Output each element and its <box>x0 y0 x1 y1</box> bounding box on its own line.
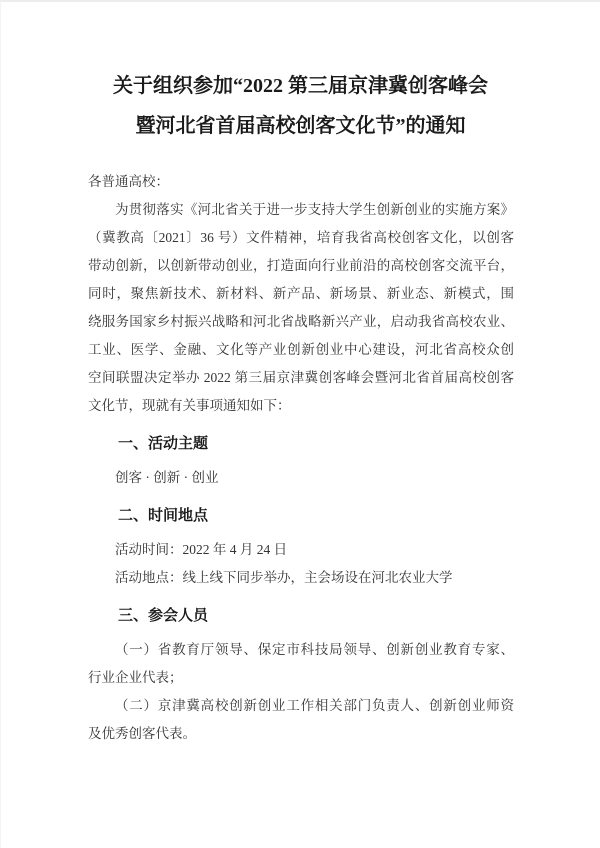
section-heading-participants: 三、参会人员 <box>88 602 514 630</box>
intro-line: （冀教高〔2021〕36 号）文件精神，培育我省高校创客文化，以创客 <box>88 224 514 252</box>
section-heading-time-place: 二、时间地点 <box>88 502 514 530</box>
intro-line: 绕服务国家乡村振兴战略和河北省战略新兴产业，启动我省高校农业、 <box>88 308 514 336</box>
intro-line: 同时，聚焦新技术、新材料、新产品、新场景、新业态、新模式，围 <box>88 280 514 308</box>
intro-line: 空间联盟决定举办 2022 第三届京津冀创客峰会暨河北省首届高校创客 <box>88 364 514 392</box>
section-line: （二）京津冀高校创新创业工作相关部门负责人、创新创业师资 <box>88 692 514 720</box>
title-line-2: 暨河北省首届高校创客文化节”的通知 <box>41 106 560 146</box>
intro-line: 带动创新，以创新带动创业，打造面向行业前沿的高校创客交流平台， <box>88 252 514 280</box>
section-line: 活动时间：2022 年 4 月 24 日 <box>88 536 514 564</box>
intro-line: 文化节，现就有关事项通知如下： <box>88 392 514 420</box>
section-line: 活动地点：线上线下同步举办，主会场设在河北农业大学 <box>88 564 514 592</box>
section-heading-theme: 一、活动主题 <box>88 430 514 458</box>
document-page: 关于组织参加“2022 第三届京津冀创客峰会 暨河北省首届高校创客文化节”的通知… <box>0 0 600 848</box>
intro-line: 为贯彻落实《河北省关于进一步支持大学生创新创业的实施方案》 <box>88 196 514 224</box>
title-line-1: 关于组织参加“2022 第三届京津冀创客峰会 <box>41 66 560 106</box>
intro-line: 工业、医学、金融、文化等产业创新创业中心建设，河北省高校众创 <box>88 336 514 364</box>
salutation: 各普通高校： <box>88 168 514 196</box>
document-title: 关于组织参加“2022 第三届京津冀创客峰会 暨河北省首届高校创客文化节”的通知 <box>41 66 560 146</box>
document-body: 各普通高校： 为贯彻落实《河北省关于进一步支持大学生创新创业的实施方案》 （冀教… <box>88 168 514 748</box>
section-line: 创客 · 创新 · 创业 <box>88 464 514 492</box>
section-line: 及优秀创客代表。 <box>88 720 514 748</box>
section-line: 行业企业代表； <box>88 664 514 692</box>
section-line: （一）省教育厅领导、保定市科技局领导、创新创业教育专家、 <box>88 636 514 664</box>
